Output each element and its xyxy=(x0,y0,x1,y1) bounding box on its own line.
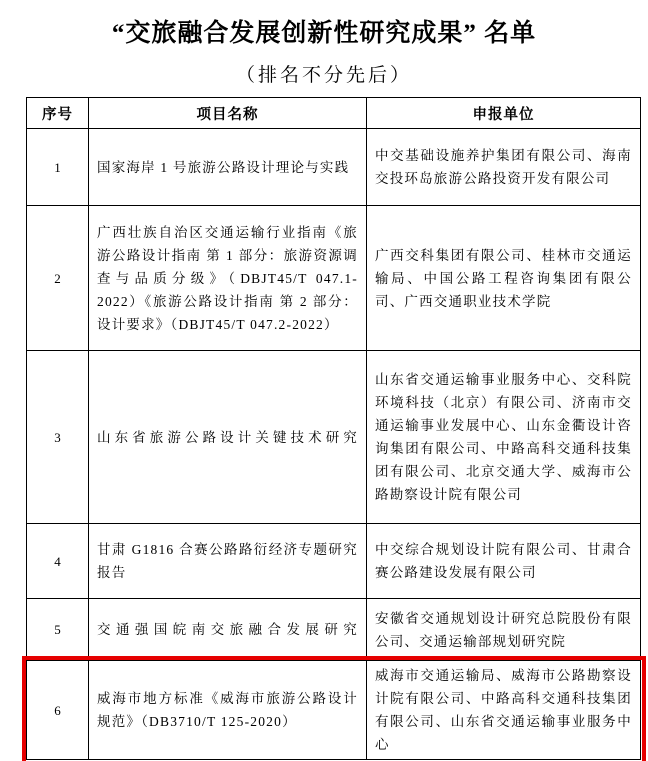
table-row-4: 4 甘肃 G1816 合赛公路路衍经济专题研究报告 中交综合规划设计院有限公司、… xyxy=(27,524,641,599)
table-row-2: 2 广西壮族自治区交通运输行业指南《旅游公路设计指南 第 1 部分：旅游资源调查… xyxy=(27,206,641,351)
project-name: 交通强国皖南交旅融合发展研究 xyxy=(89,599,367,661)
table-row-5: 5 交通强国皖南交旅融合发展研究 安徽省交通规划设计研究总院股份有限公司、交通运… xyxy=(27,599,641,661)
row-number: 4 xyxy=(27,524,89,599)
table-row-1: 1 国家海岸 1 号旅游公路设计理论与实践 中交基础设施养护集团有限公司、海南交… xyxy=(27,129,641,206)
header-project-name: 项目名称 xyxy=(89,98,367,129)
applicant-units: 中交基础设施养护集团有限公司、海南交投环岛旅游公路投资开发有限公司 xyxy=(367,129,641,206)
row-number: 2 xyxy=(27,206,89,351)
header-serial-number: 序号 xyxy=(27,98,89,129)
row-number: 5 xyxy=(27,599,89,661)
applicant-units: 威海市交通运输局、威海市公路勘察设计院有限公司、中路高科交通科技集团有限公司、山… xyxy=(367,661,641,760)
project-name: 甘肃 G1816 合赛公路路衍经济专题研究报告 xyxy=(89,524,367,599)
row-number: 3 xyxy=(27,351,89,524)
page-subtitle: （排名不分先后） xyxy=(0,60,648,87)
project-name: 山东省旅游公路设计关键技术研究 xyxy=(89,351,367,524)
row-number: 6 xyxy=(27,661,89,760)
applicant-units: 广西交科集团有限公司、桂林市交通运输局、中国公路工程咨询集团有限公司、广西交通职… xyxy=(367,206,641,351)
table-header-row: 序号 项目名称 申报单位 xyxy=(27,98,641,129)
project-name: 威海市地方标准《威海市旅游公路设计规范》（DB3710/T 125-2020） xyxy=(89,661,367,760)
table-row-3: 3 山东省旅游公路设计关键技术研究 山东省交通运输事业服务中心、交科院环境科技（… xyxy=(27,351,641,524)
header-applicant-units: 申报单位 xyxy=(367,98,641,129)
project-name: 国家海岸 1 号旅游公路设计理论与实践 xyxy=(89,129,367,206)
project-name: 广西壮族自治区交通运输行业指南《旅游公路设计指南 第 1 部分：旅游资源调查与品… xyxy=(89,206,367,351)
row-number: 1 xyxy=(27,129,89,206)
table-row-6: 6 威海市地方标准《威海市旅游公路设计规范》（DB3710/T 125-2020… xyxy=(27,661,641,760)
page-title: “交旅融合发展创新性研究成果” 名单 xyxy=(0,13,648,49)
applicant-units: 安徽省交通规划设计研究总院股份有限公司、交通运输部规划研究院 xyxy=(367,599,641,661)
applicant-units: 山东省交通运输事业服务中心、交科院环境科技（北京）有限公司、济南市交通运输事业发… xyxy=(367,351,641,524)
applicant-units: 中交综合规划设计院有限公司、甘肃合赛公路建设发展有限公司 xyxy=(367,524,641,599)
results-table: 序号 项目名称 申报单位 1 国家海岸 1 号旅游公路设计理论与实践 中交基础设… xyxy=(26,97,641,760)
